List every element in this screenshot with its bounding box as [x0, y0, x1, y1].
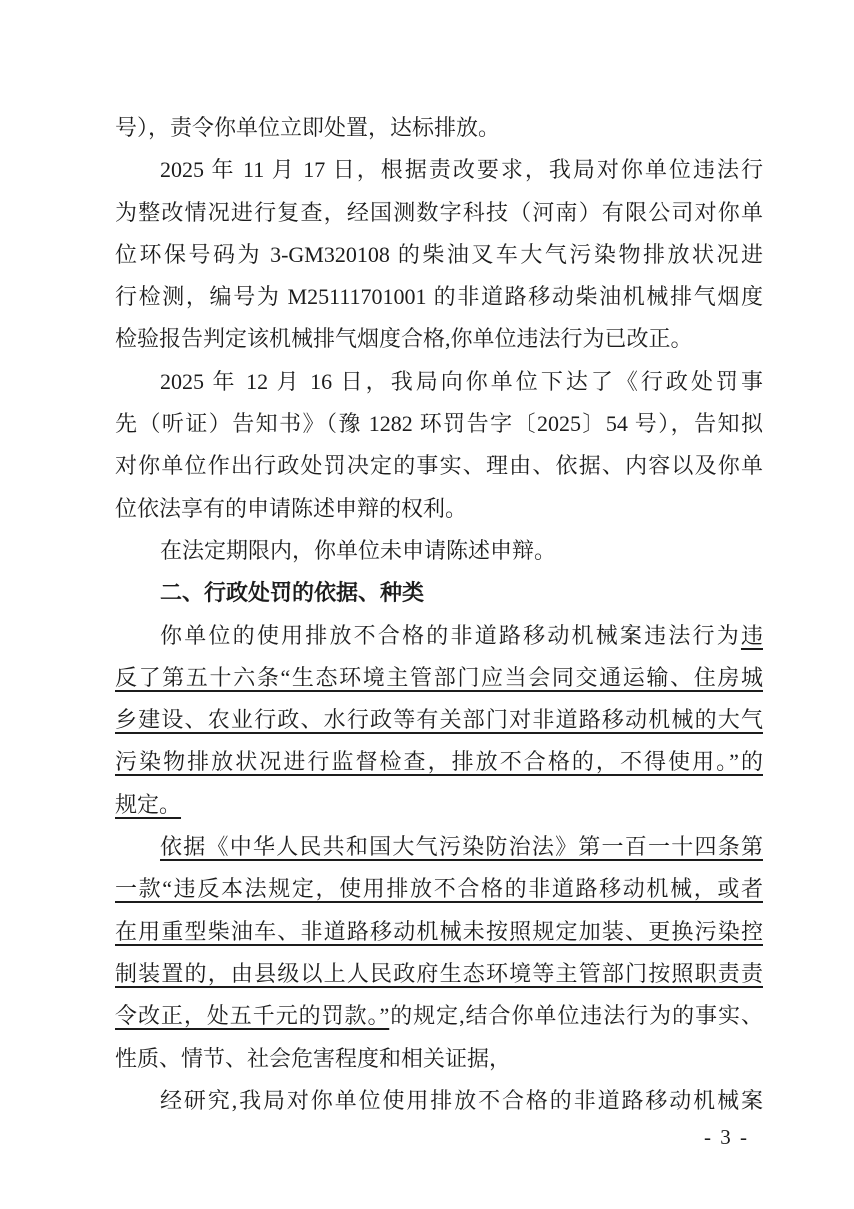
text-segment: 2025 年 11 月 17 日，根据责改要求，我局对你单位违法行: [160, 157, 763, 182]
document-line: 2025 年 12 月 16 日，我局向你单位下达了《行政处罚事: [115, 361, 763, 403]
document-line: 依据《中华人民共和国大气污染防治法》第一百一十四条第: [115, 826, 763, 868]
document-line: 检验报告判定该机械排气烟度合格,你单位违法行为已改正。: [115, 318, 763, 360]
underlined-text-segment: 一款“违反本法规定，使用排放不合格的非道路移动机械，或者: [115, 876, 763, 901]
document-line: 先（听证）告知书》（豫 1282 环罚告字〔2025〕54 号），告知拟: [115, 403, 763, 445]
document-line: 行检测，编号为 M25111701001 的非道路移动柴油机械排气烟度: [115, 276, 763, 318]
document-line: 性质、情节、社会危害程度和相关证据，: [115, 1038, 763, 1080]
document-line: 制装置的，由县级以上人民政府生态环境等主管部门按照职责责: [115, 953, 763, 995]
page-number: - 3 -: [115, 1116, 763, 1158]
text-segment: 先（听证）告知书》（豫 1282 环罚告字〔2025〕54 号），告知拟: [115, 411, 763, 436]
document-line: 令改正，处五千元的罚款。”的规定,结合你单位违法行为的事实、: [115, 995, 763, 1037]
text-segment: 2025 年 12 月 16 日，我局向你单位下达了《行政处罚事: [160, 369, 763, 394]
document-line: 在用重型柴油车、非道路移动机械未按照规定加装、更换污染控: [115, 911, 763, 953]
text-segment: 检验报告判定该机械排气烟度合格,你单位违法行为已改正。: [115, 326, 693, 351]
document-line: 反了第五十六条“生态环境主管部门应当会同交通运输、住房城: [115, 657, 763, 699]
underlined-text-segment: 乡建设、农业行政、水行政等有关部门对非道路移动机械的大气: [115, 707, 763, 732]
document-line: 一款“违反本法规定，使用排放不合格的非道路移动机械，或者: [115, 868, 763, 910]
text-segment: 你单位的使用排放不合格的非道路移动机械案违法行为: [160, 623, 741, 648]
text-segment: 经研究,我局对你单位使用排放不合格的非道路移动机械案: [160, 1088, 763, 1113]
underlined-text-segment: 规定。: [115, 792, 181, 817]
underlined-text-segment: 在用重型柴油车、非道路移动机械未按照规定加装、更换污染控: [115, 919, 763, 944]
document-line: 对你单位作出行政处罚决定的事实、理由、依据、内容以及你单: [115, 445, 763, 487]
underlined-text-segment: 违: [741, 623, 763, 648]
text-segment: 行检测，编号为 M25111701001 的非道路移动柴油机械排气烟度: [115, 284, 763, 309]
document-line: 污染物排放状况进行监督检查，排放不合格的，不得使用。”的: [115, 741, 763, 783]
document-line: 号），责令你单位立即处置，达标排放。: [115, 107, 763, 149]
document-line: 二、行政处罚的依据、种类: [115, 572, 763, 614]
text-segment: 在法定期限内，你单位未申请陈述申辩。: [160, 538, 556, 563]
document-line: 规定。: [115, 784, 763, 826]
document-line: 位依法享有的申请陈述申辩的权利。: [115, 488, 763, 530]
text-segment: 号），责令你单位立即处置，达标排放。: [115, 115, 500, 140]
underlined-text-segment: 反了第五十六条“生态环境主管部门应当会同交通运输、住房城: [115, 665, 763, 690]
text-segment: 位依法享有的申请陈述申辩的权利。: [115, 496, 467, 521]
document-line: 2025 年 11 月 17 日，根据责改要求，我局对你单位违法行: [115, 149, 763, 191]
underlined-text-segment: 依据《中华人民共和国大气污染防治法》第一百一十四条第: [160, 834, 763, 859]
underlined-text-segment: 制装置的，由县级以上人民政府生态环境等主管部门按照职责责: [115, 961, 763, 986]
text-block: 号），责令你单位立即处置，达标排放。2025 年 11 月 17 日，根据责改要…: [115, 107, 763, 1122]
document-line: 你单位的使用排放不合格的非道路移动机械案违法行为违: [115, 615, 763, 657]
text-segment: 性质、情节、社会危害程度和相关证据，: [115, 1046, 511, 1071]
text-segment: 为整改情况进行复查，经国测数字科技（河南）有限公司对你单: [115, 200, 763, 225]
document-line: 乡建设、农业行政、水行政等有关部门对非道路移动机械的大气: [115, 699, 763, 741]
document-line: 在法定期限内，你单位未申请陈述申辩。: [115, 530, 763, 572]
text-segment: 的规定,结合你单位违法行为的事实、: [389, 1003, 763, 1028]
text-segment: 对你单位作出行政处罚决定的事实、理由、依据、内容以及你单: [115, 453, 763, 478]
underlined-text-segment: 令改正，处五千元的罚款。”: [115, 1003, 389, 1028]
document-page: 号），责令你单位立即处置，达标排放。2025 年 11 月 17 日，根据责改要…: [0, 0, 854, 1209]
underlined-text-segment: 污染物排放状况进行监督检查，排放不合格的，不得使用。”的: [115, 749, 763, 774]
document-line: 为整改情况进行复查，经国测数字科技（河南）有限公司对你单: [115, 192, 763, 234]
text-segment: 二、行政处罚的依据、种类: [160, 580, 424, 605]
document-line: 位环保号码为 3-GM320108 的柴油叉车大气污染物排放状况进: [115, 234, 763, 276]
text-segment: 位环保号码为 3-GM320108 的柴油叉车大气污染物排放状况进: [115, 242, 763, 267]
